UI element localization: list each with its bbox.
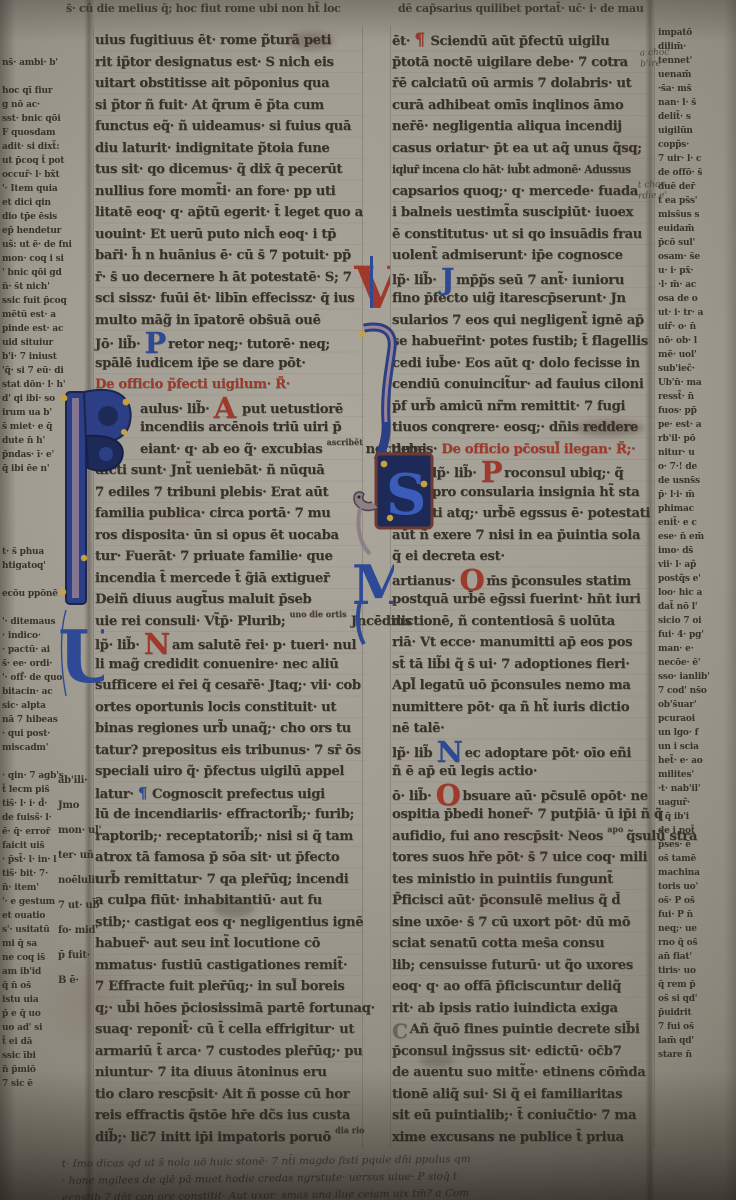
manuscript-text: a culpa fiūt· inhabitantiū· aut fu: [95, 893, 322, 908]
manuscript-text: multo māg̃ in īpatorē obs̄uā ouē: [95, 313, 321, 328]
gloss-line: de usns̄s: [658, 474, 736, 488]
manuscript-text-line: lp̃· lib̃· Nam salutē r̄ei· p· tueri· nu…: [95, 632, 365, 654]
illuminated-initial-s-dragon: S: [350, 322, 436, 564]
manuscript-text: pro consularia insignia ht̃ sta: [432, 485, 639, 500]
bowl-counter: [98, 406, 118, 426]
manuscript-text: sso· ianlib': [658, 672, 710, 682]
manuscript-text: 7 cod' ns̄o: [658, 686, 707, 696]
gloss-line: lam̄ qd': [658, 1034, 736, 1048]
manuscript-text: tatur? prepositus eis tribunus· 7 sr̄ ōs: [95, 743, 361, 758]
gloss-line: pcuraoi: [658, 712, 736, 726]
gloss-line: sst· bnic qōi: [2, 112, 92, 126]
manuscript-text: artianus·: [392, 574, 459, 589]
manuscript-text: rno q̄ os̄: [658, 938, 697, 948]
manuscript-text: pinde est· ac: [2, 324, 63, 334]
gloss-line: dat̃ nō l': [658, 600, 736, 614]
gloss-line: [2, 70, 92, 84]
manuscript-text-line: ospitia p̄bedi honer̃· 7 putp̃iā· ū ip̄i…: [392, 804, 656, 826]
gloss-line: phimac: [658, 502, 736, 516]
rubric-text: De officio pc̄osul̃ ilegan· R̃;·: [441, 442, 635, 457]
manuscript-text: Añ q̃uō fines puintie decrete sib̄i: [410, 1022, 640, 1037]
gloss-line: ·s̄a· ms̄: [658, 82, 736, 96]
manuscript-text: euidam̄: [658, 224, 694, 234]
manuscript-text: st̄ tā lib̃i q̃ s̄ ui· 7 adoptiones fier…: [392, 657, 630, 672]
manuscript-text: lū de incendiariis· effractorib̃;· furib…: [95, 807, 354, 822]
gloss-line: vii· l· ap̃: [658, 558, 736, 572]
gloss-line: milites': [658, 768, 736, 782]
gloss-line: b'i· 7 iniust: [2, 350, 92, 364]
manuscript-text-line: stib;· castigat eos q· negligentius ignē: [95, 912, 365, 934]
manuscript-text: uo ad' si: [2, 1023, 42, 1033]
manuscript-page: s̃· cū die melius q̄; hoc fiut rome ubi …: [0, 0, 736, 1200]
gloss-line: 7 sic ē: [2, 1077, 92, 1091]
gold-dot-ornament: [123, 399, 130, 406]
gloss-line: [2, 755, 92, 769]
gloss-line: neq;· ue: [658, 922, 736, 936]
manuscript-text: n̄· s̄t nich': [2, 282, 50, 292]
gloss-line: adit· si dixt̃:: [2, 140, 92, 154]
manuscript-text: incendiis arcēnois triū uiri p̄: [140, 420, 341, 435]
gloss-line: resst̃· n̄: [658, 390, 736, 404]
gloss-line: uagur̃·: [658, 796, 736, 810]
manuscript-text-line: diu laturit· indignitate p̃toia fune: [95, 138, 365, 160]
manuscript-text: niuntur· 7 ita diuus ātoninus eru: [95, 1065, 327, 1080]
manuscript-text: ospitia p̄bedi honer̃· 7 putp̃iā· ū ip̄i…: [392, 807, 663, 822]
gloss-note-line: mon· ul': [58, 818, 100, 843]
gold-dot-ornament: [421, 481, 428, 488]
manuscript-text: os̄ si qd': [658, 994, 697, 1004]
gloss-line: miscadm': [2, 741, 92, 755]
manuscript-text: iqlur̃ incena clo hāt· iub̃t admonē· Adu…: [392, 163, 631, 176]
manuscript-text-line: multo māg̃ in īpatorē obs̄uā ouē: [95, 310, 365, 332]
manuscript-text-line: i balneis uestimt̃a suscipiūt· iuoex: [392, 202, 656, 224]
manuscript-text: ut p̄coq t̄ pot: [2, 156, 64, 166]
manuscript-text: ¶: [138, 784, 152, 802]
manuscript-text-line: eoq· q· ao offā p̄ficiscuntur deliq̃: [392, 976, 656, 998]
gloss-line: delit̃· s: [658, 110, 736, 124]
manuscript-text: ne coq is̄: [2, 953, 45, 963]
gloss-line: pe· est· a: [658, 418, 736, 432]
gloss-line: nan· l· s̄: [658, 96, 736, 110]
manuscript-text: tes ministio in puintiis fungunt̃: [392, 872, 613, 887]
manuscript-text: Apl̃ legatū uō p̄consules nemo ma: [392, 678, 631, 693]
manuscript-text-line: lp̃· lib̃· Proconsul ubiq;· q̃: [432, 460, 656, 482]
manuscript-text: q;· ub̄i hōes p̄ciosissimā partē fortuna…: [95, 1001, 375, 1016]
manuscript-text: impatō: [658, 28, 692, 38]
manuscript-text-line: uitart obstitisse ait pōponius qua: [95, 73, 365, 95]
dragon-head-ornament: [354, 492, 378, 510]
manuscript-text: imo· ds̄: [658, 546, 693, 556]
gloss-line: duē der̄: [658, 180, 736, 194]
manuscript-text: mon· ul': [58, 825, 101, 836]
gold-dot-ornament: [121, 429, 127, 435]
gloss-line: ' bnic qōi gd: [2, 266, 92, 280]
gloss-line: 7 cod' ns̄o: [658, 684, 736, 698]
manuscript-text-line: ortes oportunis locis constituit· ut: [95, 697, 365, 719]
manuscript-text: htigatoq': [2, 561, 46, 571]
manuscript-text: b'i· 7 iniust: [2, 352, 57, 362]
gold-dot-ornament: [60, 589, 66, 595]
top-margin-gloss-left: s̃· cū die melius q̄; hoc fiut rome ubi …: [66, 2, 341, 15]
gloss-note-line: B ē·: [58, 968, 100, 993]
manuscript-text: rb'il· pō: [658, 434, 695, 444]
manuscript-text: · hone mgilees de qlē pā muet hodie cred…: [62, 1170, 457, 1187]
manuscript-text-line: xime excusans ne publice t̄ priua: [392, 1127, 656, 1149]
manuscript-text-line: iqlur̃ incena clo hāt· iub̃t admonē· Adu…: [392, 159, 656, 181]
manuscript-text: t· s̄ phua: [2, 547, 44, 557]
manuscript-text: N: [436, 745, 464, 759]
manuscript-text-line: lp̃· lib̃· Jmp̄p̃s seū 7 ant̃· iunioru: [392, 267, 656, 289]
manuscript-text-line: latur· ¶ Cognoscit prefectus uigi: [95, 783, 365, 805]
manuscript-text: 'q̄· si 7 eū· di: [2, 366, 64, 376]
gold-dot-ornament: [61, 395, 68, 402]
gloss-line: toris uo': [658, 880, 736, 894]
gloss-line: sub'iec̃·: [658, 362, 736, 376]
dragon-neck-ornament: [358, 508, 370, 554]
manuscript-text: neq;· ue: [658, 924, 697, 934]
manuscript-text: r̄· s̄ uo decernere h āt potestatē· S; 7: [95, 270, 352, 285]
manuscript-text: noēlulit: [58, 875, 99, 886]
gloss-line: uo ad' si: [2, 1021, 92, 1035]
manuscript-text: q̄ ibi ēe n': [2, 464, 49, 474]
manuscript-text: P: [145, 336, 168, 350]
gloss-line: ut p̄coq t̄ pot: [2, 154, 92, 168]
gloss-line: fui· 4· pg': [658, 628, 736, 642]
manuscript-text: delit̃· s: [658, 112, 691, 122]
gloss-line: uid situiur: [2, 336, 92, 350]
gloss-line: us̃: ut ē· de fni: [2, 238, 92, 252]
gloss-line: ut· i· tr· a: [658, 306, 736, 320]
manuscript-text-line: sufficere ei r̄ei q̃ cesar̄ē· Jtaq;· vii…: [95, 675, 365, 697]
manuscript-text: '· off̃· de quo: [2, 673, 62, 683]
manuscript-text: vii· l· ap̃: [658, 560, 696, 570]
manuscript-text: nē talē·: [392, 721, 444, 736]
manuscript-text-line: artianus· Om̄s p̄consules statim: [392, 568, 656, 590]
manuscript-text: tio claro rescp̄sit· Ait ñ posse cū hor: [95, 1087, 349, 1102]
manuscript-text: nitur· u: [658, 448, 695, 458]
manuscript-text: A: [214, 401, 238, 415]
gloss-line: machina: [658, 866, 736, 880]
manuscript-text: ese· n̄ em̄: [658, 532, 704, 542]
manuscript-text-line: nullius fore momt̃i· an fore· pp uti: [95, 181, 365, 203]
gloss-line: dilim̄·: [658, 40, 736, 54]
manuscript-text: pe· est· a: [658, 420, 701, 430]
gloss-line: mon· coq i si: [2, 252, 92, 266]
manuscript-text: q̃sulū stra: [626, 829, 697, 844]
manuscript-text: ssic ībi: [2, 1051, 36, 1061]
gloss-line: ssic ībi: [2, 1049, 92, 1063]
gloss-line: mētū est· a: [2, 308, 92, 322]
gloss-line: os̄ tamē: [658, 852, 736, 866]
manuscript-text: t̄ lecm pis̄: [2, 785, 49, 795]
manuscript-text-line: rit ip̃tor designatus est· S nich eis: [95, 52, 365, 74]
gloss-line: enit̃· e c: [658, 516, 736, 530]
manuscript-text: uouint· Et uerū puto nich̄ eoq· i tp̄: [95, 227, 336, 242]
manuscript-text: put uetustiorē: [238, 402, 343, 417]
manuscript-text-line: mmatus· fustiū castigationes remit̃·: [95, 955, 365, 977]
manuscript-text-line: sci sissz· fuūi ēt· libīn effecissz· q̄ …: [95, 288, 365, 310]
manuscript-text-line: aufidio, fui ano rescp̄sit· Neos apo q̃s…: [392, 826, 656, 848]
gloss-line: fui· P n̄: [658, 908, 736, 922]
manuscript-text: lp̃· lib̃: [392, 746, 436, 761]
gloss-note-line: Jmo: [58, 793, 100, 818]
manuscript-text: ·t· nab'il': [658, 784, 700, 794]
manuscript-text: ecnstib 7 dn̄t con ore constitit· Aut ux…: [62, 1187, 469, 1200]
top-margin-gloss-right: dē cap̃sarius quilibet portat̃· uc̄· i· …: [398, 2, 644, 15]
manuscript-text: i balneis uestimt̃a suscipiūt· iuoex: [392, 205, 633, 220]
manuscript-text: un lgo· f: [658, 728, 698, 738]
gloss-line: Ub'n̄· ma: [658, 376, 736, 390]
manuscript-text: bar̄i· h̄ n huānius ē· cū s̄ 7 potuit· p…: [95, 248, 351, 263]
manuscript-text: postq̃s e': [658, 574, 701, 584]
manuscript-text: copp̃s·: [658, 140, 689, 150]
manuscript-text-line: a culpa fiūt· inhabitantiū· aut fu: [95, 890, 365, 912]
manuscript-text: Ub'n̄· ma: [658, 378, 701, 388]
gloss-line: nō· ob· l: [658, 334, 736, 348]
manuscript-text-line: uouint· Et uerū puto nich̄ eoq· i tp̄: [95, 224, 365, 246]
manuscript-text: us̃: ut ē· de fni: [2, 240, 72, 250]
manuscript-text-line: speciali uiro q̃· p̄fectus uigilū appel: [95, 761, 365, 783]
manuscript-text: ¶: [414, 30, 430, 50]
gloss-line: p̄ e q̄ uo: [2, 1007, 92, 1021]
gloss-line: stare n̄: [658, 1048, 736, 1062]
manuscript-text-line: pro consularia insignia ht̃ sta: [432, 482, 656, 504]
manuscript-text-line: tatur? prepositus eis tribunus· 7 sr̄ ōs: [95, 740, 365, 762]
manuscript-text-line: ō· lib̃· Obsuare aū· pc̄sulē opōt· ne: [392, 783, 656, 805]
manuscript-text: miss̄us s: [658, 210, 699, 220]
manuscript-text: · p̄st̃· l· in· l: [2, 855, 56, 865]
gloss-line: occur̃· l· bx̃t: [2, 168, 92, 182]
manuscript-text-line: sciat senatū cotta mes̄a consu: [392, 933, 656, 955]
dragon-eye: [358, 496, 361, 499]
gloss-line: os̄· P os̄: [658, 894, 736, 908]
manuscript-text: miscadm': [2, 743, 48, 753]
manuscript-text: d' qi ibi· so: [2, 394, 55, 404]
manuscript-text: 7 uir· l· c: [658, 154, 701, 164]
manuscript-text: g nō ac·: [2, 100, 40, 110]
gloss-line: impatō: [658, 26, 736, 40]
manuscript-text: os̄· P os̄: [658, 896, 695, 906]
manuscript-text: rit· ab ipsis ratio iuindicta exiga: [392, 1001, 618, 1016]
gold-dot-ornament: [387, 515, 393, 521]
manuscript-text: uigilūn: [658, 126, 693, 136]
manuscript-text: o· 7·! de: [658, 462, 697, 472]
manuscript-text: lp̃· lib̃·: [432, 466, 481, 481]
manuscript-text-line: postquā urb̄ē eḡssi fuerint· hn̄t iuri: [392, 589, 656, 611]
manuscript-text: os̄ tamē: [658, 854, 696, 864]
manuscript-text: dia rio: [335, 1125, 364, 1135]
initial-tail: [364, 327, 392, 460]
manuscript-text-line: niuntur· 7 ita diuus ātoninus eru: [95, 1062, 365, 1084]
manuscript-text: mi q̄ sa: [2, 939, 37, 949]
manuscript-text: dib̃;· lic̄7 initt ip̄i impatoris poruō: [95, 1130, 335, 1145]
manuscript-text: osa de o: [658, 294, 698, 304]
manuscript-text: uius fugitiuus ēt· rome p̃turā peti: [95, 33, 331, 48]
manuscript-text-line: ēt· ¶ Sciendū aūt p̄fectū uigilu: [392, 30, 656, 52]
gloss-line: '· Item quia: [2, 182, 92, 196]
manuscript-text: man· e·: [658, 644, 694, 654]
manuscript-text: casus oriatur· p̄t ea ut aq̃ unus q̃sq;: [392, 141, 642, 156]
manuscript-text-line: functus eq̃· ñ uideamus· si fuius quā: [95, 116, 365, 138]
gloss-line: 'q̄· si 7 eū· di: [2, 364, 92, 378]
manuscript-text: mētū est· a: [2, 310, 56, 320]
manuscript-text: O: [459, 573, 486, 587]
right-margin-gloss: impatōdilim̄·tennet'uenam̄·s̄a· ms̄nan· …: [658, 26, 736, 1062]
manuscript-text: Jō· lib̃·: [95, 337, 145, 352]
manuscript-text: istu uia: [2, 995, 39, 1005]
manuscript-text-line: atrox tā famosa p̄ sōa sit· ut p̄fecto: [95, 847, 365, 869]
manuscript-text: s'· usitatū: [2, 925, 50, 935]
manuscript-text: · qui post·: [2, 729, 50, 739]
manuscript-text: tiris· uo: [658, 966, 696, 976]
manuscript-text: n̄· item': [2, 883, 39, 893]
manuscript-text-line: reis effractis q̃stōe hr̄e dc̃s ius cust…: [95, 1105, 365, 1127]
manuscript-text: si p̃tor ñ fuit· At q̃rum ē p̃ta cum: [95, 98, 324, 113]
gloss-line: F quosdam: [2, 126, 92, 140]
manuscript-text: p̄ e q̄ uo: [2, 1009, 41, 1019]
manuscript-text: postquā urb̄ē eḡssi fuerint· hn̄t iuri: [392, 592, 641, 607]
manuscript-text: sit eū puintialib;· t̄ coniuc̃tio· 7 ma: [392, 1108, 636, 1123]
manuscript-text: ñ ē ap̄ eū legis actio·: [392, 764, 537, 779]
manuscript-text-line: li mag̃ credidit conuenire· nec aliū: [95, 654, 365, 676]
manuscript-text: ec adoptare pōt· oīo eñi: [465, 746, 631, 761]
manuscript-text-line: uolent̃ admiserunt· ip̄e cognosce: [392, 245, 656, 267]
manuscript-text: osam· s̄e: [658, 252, 700, 262]
gutter-cursive-note: a choc b'ire: [640, 47, 670, 70]
gloss-line: het̃· e· ao: [658, 754, 736, 768]
text-column-right: ēt· ¶ Sciendū aūt p̄fectū uigilup̄totā n…: [392, 30, 656, 1148]
manuscript-text-line: lp̃· lib̃ Nec adoptare pōt· oīo eñi: [392, 740, 656, 762]
manuscript-text: u· i· px̄·: [658, 266, 694, 276]
gold-dot-ornament: [359, 331, 365, 337]
gloss-line: un i scia: [658, 740, 736, 754]
manuscript-text-line: nē talē·: [392, 718, 656, 740]
manuscript-text: am salutē r̄ei· p· tueri· nul: [172, 638, 356, 653]
manuscript-text: sst· bnic qōi: [2, 114, 61, 124]
manuscript-text: aulus· lib̃·: [140, 402, 214, 417]
manuscript-text: enit̃· e c: [658, 518, 697, 528]
manuscript-text: am ib'id: [2, 967, 41, 977]
manuscript-text: et ouatio: [2, 911, 45, 921]
manuscript-text: an̄ fiat': [658, 952, 692, 962]
manuscript-text: q̄ n̄ os̄: [2, 981, 31, 991]
gloss-line: tiris· uo: [658, 964, 736, 978]
manuscript-text-line: ē constitutus· ut si qo insuādis frau: [392, 224, 656, 246]
manuscript-text: s̄· ee· ordi·: [2, 659, 52, 669]
manuscript-text-line: sit eū puintialib;· t̄ coniuc̃tio· 7 ma: [392, 1105, 656, 1127]
manuscript-text: tores suos hr̃e pōt· s̄ 7 uice coq· mili: [392, 850, 647, 865]
manuscript-text: dat̃ nō l': [658, 602, 697, 612]
manuscript-text: retor neq;· tutorē· neq;: [168, 337, 330, 352]
manuscript-text: tis̃· l· i· d̄·: [2, 799, 47, 809]
gloss-line: p̄uidrit: [658, 1006, 736, 1020]
gloss-line: n̄· s̄t nich': [2, 280, 92, 294]
gloss-line: imo· ds̄: [658, 544, 736, 558]
manuscript-text-line: uie rei consuli· Vt̃p̄· Plurib; uno die …: [95, 611, 365, 633]
manuscript-text-line: urb̃ remittatur· 7 qa pler̄ūq; incendi: [95, 869, 365, 891]
manuscript-text: phimac: [658, 504, 694, 514]
manuscript-text-line: p̄consul ing̃ssus sit· edictū· oc̄b7: [392, 1041, 656, 1063]
manuscript-text: '· ditemaus: [2, 617, 55, 627]
manuscript-text: sufficere ei r̄ei q̃ cesar̄ē· Jtaq;· vii…: [95, 678, 361, 693]
manuscript-text: n̄ p̄miō: [2, 1065, 36, 1075]
manuscript-text-line: rit· ab ipsis ratio iuindicta exiga: [392, 998, 656, 1020]
manuscript-text: sic· alpta: [2, 701, 46, 711]
gloss-note-line: ter· uñ: [58, 843, 100, 868]
manuscript-text: mē· uol': [658, 350, 697, 360]
manuscript-text-line: q;· ub̄i hōes p̄ciosissimā partē fortuna…: [95, 998, 365, 1020]
manuscript-text-line: de auentu suo mitt̃e· etinens cōm̄da: [392, 1062, 656, 1084]
gutter-cursive-note: t choc rdie e': [638, 180, 668, 203]
manuscript-text: latur·: [95, 787, 138, 802]
manuscript-text: nā 7 hibeas: [2, 715, 58, 725]
manuscript-text-line: binas regiones urb̃ unaq̃;· cho ors tu: [95, 718, 365, 740]
manuscript-text: mon· coq i si: [2, 254, 64, 264]
manuscript-text-line: ner̄ē· negligentia aliqua incendij: [392, 116, 656, 138]
manuscript-text: Jmo: [58, 800, 79, 811]
manuscript-text: p̄ fuit·: [58, 950, 90, 961]
manuscript-text: ō· lib̃·: [392, 789, 436, 804]
manuscript-text: spālē iudicem ip̄e se dare pōt·: [95, 356, 306, 371]
manuscript-text: F quosdam: [2, 128, 55, 138]
manuscript-text: uenam̄: [658, 70, 691, 80]
manuscript-text: numittere pōt· qa ñ ht̃ iuris dictio: [392, 700, 629, 715]
manuscript-text: sci sissz· fuūi ēt· libīn effecissz· q̄ …: [95, 291, 354, 306]
manuscript-text: raptorib;· receptatorib̃;· nisi si q̃ ta…: [95, 829, 353, 844]
manuscript-text-line: uius fugitiuus ēt· rome p̃turā peti: [95, 30, 365, 52]
gloss-line: n̄ p̄miō: [2, 1063, 92, 1077]
gloss-line: rb'il· pō: [658, 432, 736, 446]
manuscript-text-line: habuer̃· aut seu int̃ locutione cō: [95, 933, 365, 955]
manuscript-text: lib; censuisse futurū· ut q̃o uxores: [392, 958, 633, 973]
gloss-line: fuos· pp̄: [658, 404, 736, 418]
manuscript-text-line: dib̃;· lic̄7 initt ip̄i impatoris poruō …: [95, 1127, 365, 1149]
manuscript-text: fui· P n̄: [658, 910, 693, 920]
gloss-note-line: noēlulit: [58, 868, 100, 893]
manuscript-text-line: 7 Effracte fuit pler̄ūq;· in sul̃ boreis: [95, 976, 365, 998]
gloss-line: de offō· s̄: [658, 166, 736, 180]
manuscript-text: B ē·: [58, 975, 79, 986]
manuscript-text: ep̄ hendetur: [2, 226, 61, 236]
manuscript-text-line: lū de incendiariis· effractorib̃;· furib…: [95, 804, 365, 826]
manuscript-text: capsarios quoq;· q· mercede· fuada: [392, 184, 638, 199]
manuscript-text: de usns̄s: [658, 476, 700, 486]
manuscript-text: functus eq̃· ñ uideamus· si fuius quā: [95, 119, 351, 134]
manuscript-text: Plurib;: [237, 614, 289, 629]
manuscript-text: et dici qin: [2, 198, 51, 208]
manuscript-text: fui· 4· pg': [658, 630, 704, 640]
gloss-line: dio tp̄e ēsis: [2, 210, 92, 224]
gloss-line: euidam̄: [658, 222, 736, 236]
manuscript-text: ē· q̄· error̄: [2, 827, 50, 837]
gloss-line: os̄ si qd': [658, 992, 736, 1006]
manuscript-text-line: p̄totā noctē uigilare debe· 7 cotra: [392, 52, 656, 74]
manuscript-text: m̄s p̄consules statim: [486, 574, 631, 589]
manuscript-text: ·l· m̄· ac: [658, 280, 696, 290]
manuscript-text: fo· mid': [58, 925, 98, 936]
gloss-line: q̄ rem p̄: [658, 978, 736, 992]
gloss-line: osam· s̄e: [658, 250, 736, 264]
gloss-line: an̄ fiat': [658, 950, 736, 964]
manuscript-text: q̄ rem p̄: [658, 980, 695, 990]
gloss-line: t̄ q̄ ib'i: [658, 810, 736, 824]
gloss-note-line: fo· mid': [58, 918, 100, 943]
manuscript-text: ecōu ppōnē: [2, 589, 58, 599]
manuscript-text: eoq· q· ao offā p̄ficiscuntur deliq̃: [392, 979, 621, 994]
manuscript-text: faicit uis̄: [2, 841, 44, 851]
manuscript-text: speciali uiro q̃· p̄fectus uigilū appel: [95, 764, 344, 779]
gloss-line: istu uia: [2, 993, 92, 1007]
